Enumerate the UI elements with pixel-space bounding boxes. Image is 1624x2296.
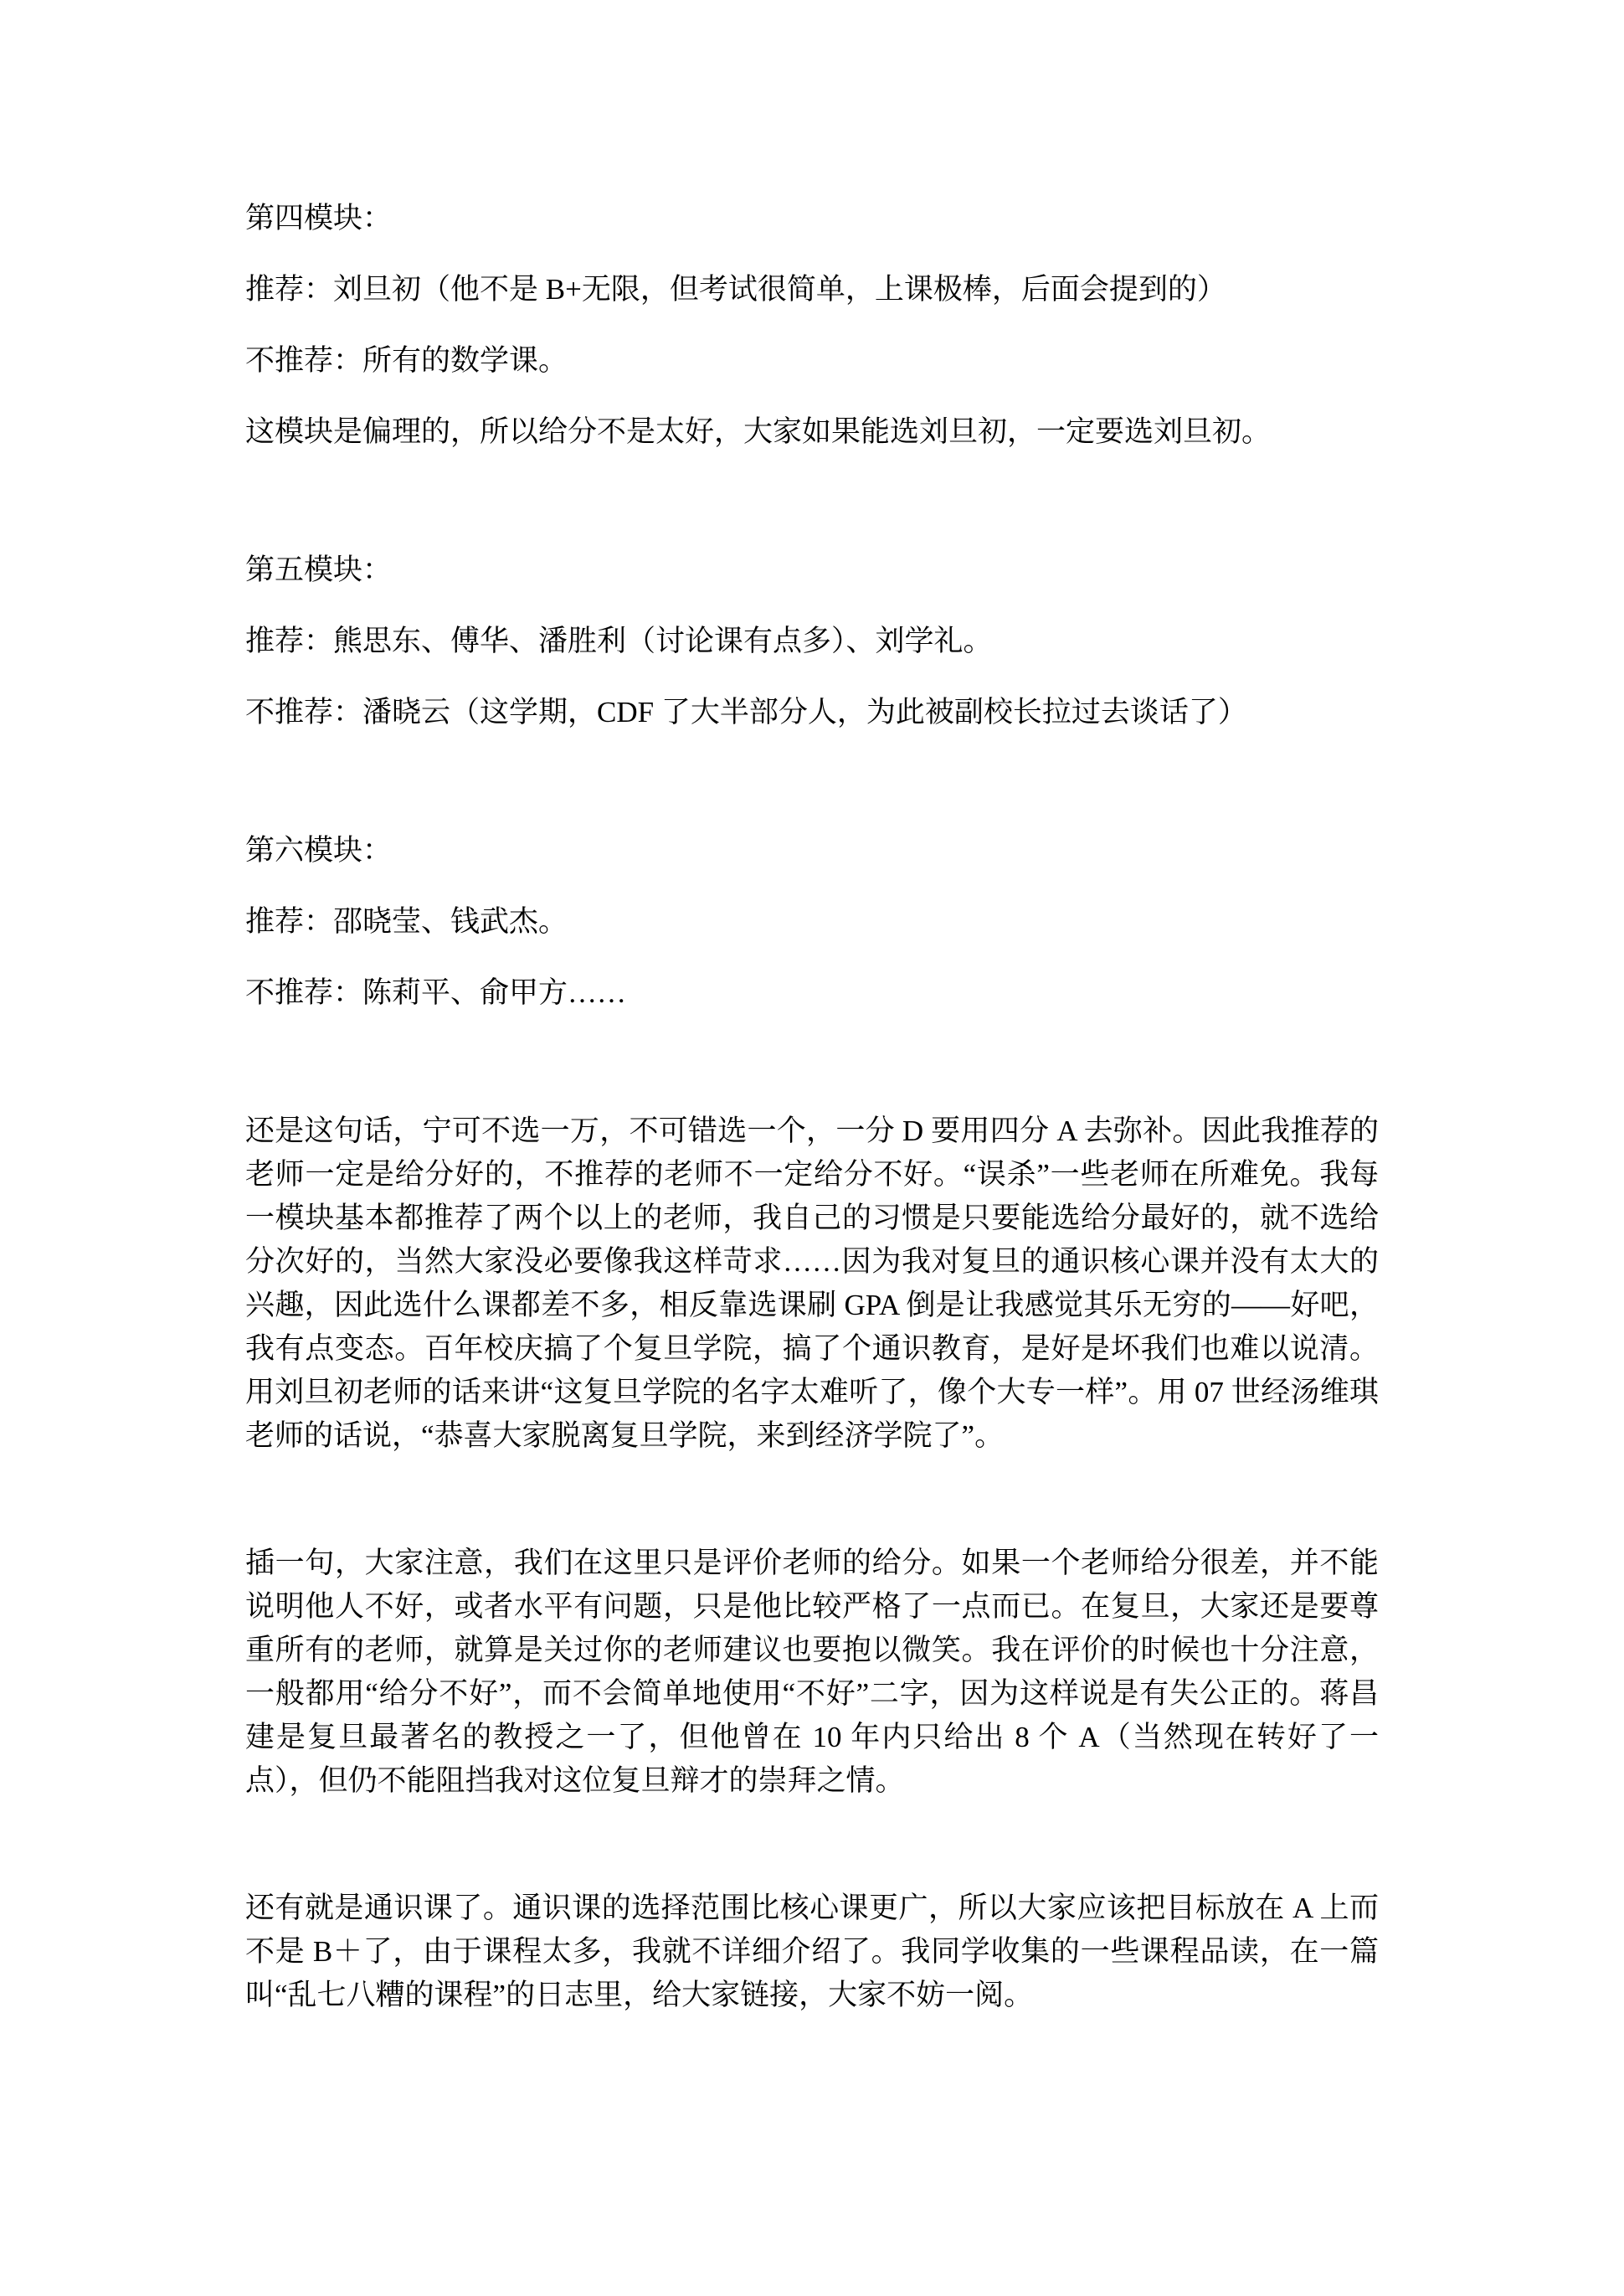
module6-recommend: 推荐：邵晓莹、钱武杰。 bbox=[245, 900, 1379, 944]
module4-section: 第四模块： 推荐：刘旦初（他不是 B+无限，但考试很简单，上课极棒，后面会提到的… bbox=[245, 197, 1379, 454]
module6-heading: 第六模块： bbox=[245, 829, 1379, 873]
summary-paragraph: 还是这句话，宁可不选一万，不可错选一个，一分 D 要用四分 A 去弥补。因此我推… bbox=[245, 1109, 1379, 1458]
module5-not-recommend: 不推荐：潘晓云（这学期，CDF 了大半部分人，为此被副校长拉过去谈话了） bbox=[245, 691, 1379, 734]
module5-section: 第五模块： 推荐：熊思东、傅华、潘胜利（讨论课有点多）、刘学礼。 不推荐：潘晓云… bbox=[245, 548, 1379, 734]
module4-heading: 第四模块： bbox=[245, 197, 1379, 240]
note-section: 插一句，大家注意，我们在这里只是评价老师的给分。如果一个老师给分很差，并不能说明… bbox=[245, 1542, 1379, 1803]
general-courses-paragraph: 还有就是通识课了。通识课的选择范围比核心课更广，所以大家应该把目标放在 A 上而… bbox=[245, 1887, 1379, 2017]
general-courses-section: 还有就是通识课了。通识课的选择范围比核心课更广，所以大家应该把目标放在 A 上而… bbox=[245, 1887, 1379, 2017]
module6-section: 第六模块： 推荐：邵晓莹、钱武杰。 不推荐：陈莉平、俞甲方…… bbox=[245, 829, 1379, 1015]
module4-not-recommend: 不推荐：所有的数学课。 bbox=[245, 339, 1379, 383]
module6-not-recommend: 不推荐：陈莉平、俞甲方…… bbox=[245, 971, 1379, 1015]
note-paragraph: 插一句，大家注意，我们在这里只是评价老师的给分。如果一个老师给分很差，并不能说明… bbox=[245, 1542, 1379, 1803]
text-content: 第四模块： 推荐：刘旦初（他不是 B+无限，但考试很简单，上课极棒，后面会提到的… bbox=[245, 197, 1379, 2017]
summary-section: 还是这句话，宁可不选一万，不可错选一个，一分 D 要用四分 A 去弥补。因此我推… bbox=[245, 1109, 1379, 1458]
module4-comment: 这模块是偏理的，所以给分不是太好，大家如果能选刘旦初，一定要选刘旦初。 bbox=[245, 410, 1379, 454]
module5-recommend: 推荐：熊思东、傅华、潘胜利（讨论课有点多）、刘学礼。 bbox=[245, 620, 1379, 663]
document-page: { "doc": { "sections": [ { "paragraphs":… bbox=[0, 0, 1624, 2296]
module5-heading: 第五模块： bbox=[245, 548, 1379, 592]
module4-recommend: 推荐：刘旦初（他不是 B+无限，但考试很简单，上课极棒，后面会提到的） bbox=[245, 268, 1379, 311]
